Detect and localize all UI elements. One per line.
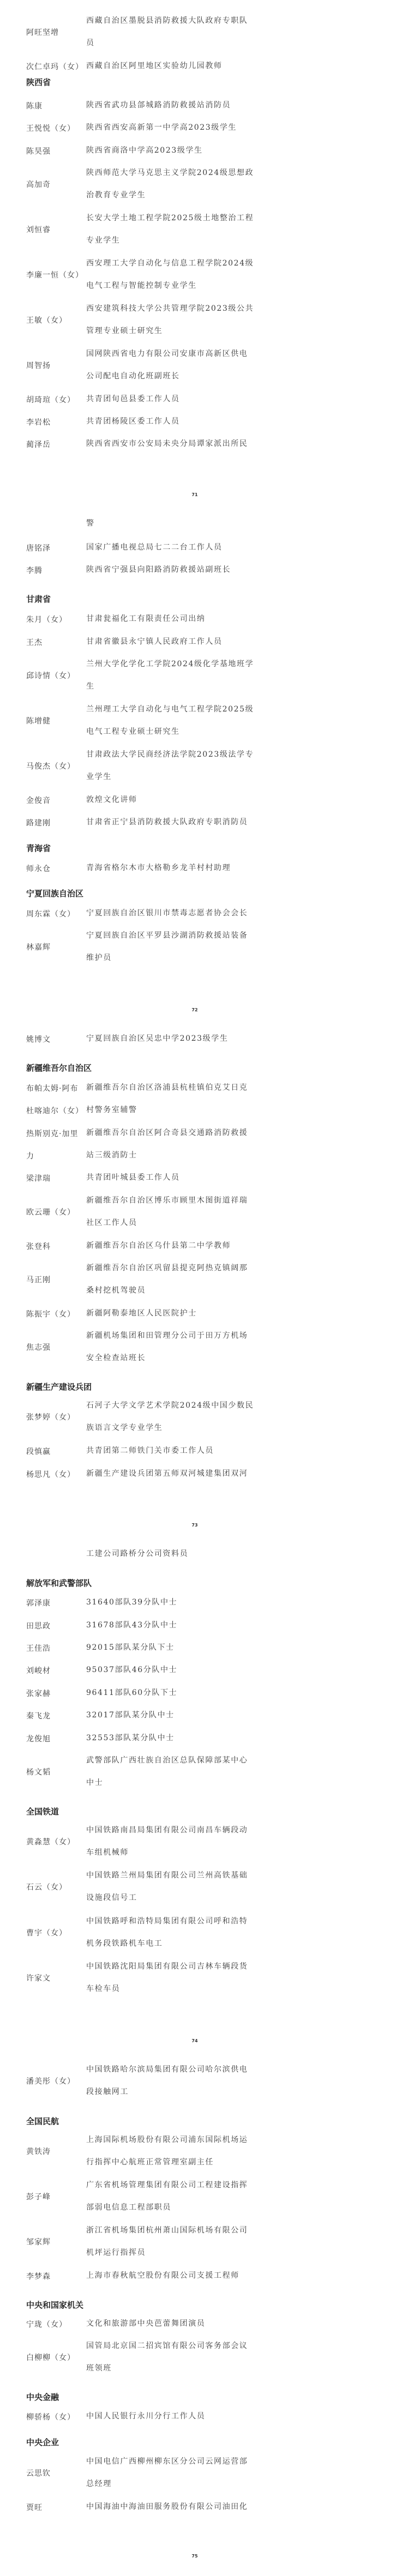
- person-name: 杨思凡（女）: [26, 1469, 75, 1480]
- person-affiliation: 广东省机场管理集团有限公司工程建设指挥部弱电信息工程部职员: [86, 2174, 250, 2219]
- affiliation-line: 桑村挖机驾驶员: [86, 1280, 250, 1302]
- affiliation-line: 安全检查站班长: [86, 1347, 250, 1370]
- section-heading: 中央企业: [26, 2436, 59, 2448]
- person-affiliation: 宁夏回族自治区平罗县沙湖消防救援站装备维护员: [86, 925, 250, 969]
- affiliation-line: 管理专业硕士研究生: [86, 320, 250, 342]
- person-affiliation: 陕西省西安高新第一中学高2023级学生: [86, 117, 250, 139]
- affiliation-line: 国管局北京国二招宾馆有限公司客务部会议: [86, 2335, 250, 2357]
- page-number: 75: [56, 2554, 334, 2559]
- affiliation-line: 共青团叶城县委工作人员: [86, 1167, 250, 1189]
- affiliation-line: 中国铁路呼和浩特局集团有限公司呼和浩特: [86, 1910, 250, 1933]
- person-affiliation: 宁夏回族自治区银川市禁毒志愿者协会会长: [86, 902, 250, 925]
- person-affiliation: 陕西师范大学马克思主义学院2024级思想政治教育专业学生: [86, 162, 250, 207]
- affiliation-line: 广东省机场管理集团有限公司工程建设指挥: [86, 2174, 250, 2197]
- affiliation-line: 甘肃政法大学民商经济法学院2023级法学专: [86, 744, 250, 766]
- affiliation-line: 专业学生: [86, 230, 250, 252]
- affiliation-line: 92015部队某分队下士: [86, 1637, 250, 1659]
- affiliation-line: 32553部队某分队中士: [86, 1727, 250, 1749]
- section-heading: 中央金融: [26, 2391, 59, 2403]
- person-affiliation: 文化和旅游部中央芭蕾舞团演员: [86, 2313, 250, 2335]
- section-heading: 全国铁道: [26, 1806, 59, 1817]
- section-heading: 宁夏回族自治区: [26, 888, 83, 899]
- affiliation-line: 新疆维吾尔自治区乌什县第二中学教师: [86, 1235, 250, 1257]
- person-affiliation: 西安建筑科技大学公共管理学院2023级公共管理专业硕士研究生: [86, 298, 250, 342]
- person-name: 胡琦瑄（女）: [26, 394, 75, 405]
- person-name: 邱诗情（女）: [26, 670, 75, 681]
- section-heading: 解放军和武警部队: [26, 1577, 92, 1589]
- person-name: 王悦悦（女）: [26, 123, 75, 134]
- person-name: 梁津瑞: [26, 1173, 51, 1184]
- affiliation-line: 警: [86, 512, 250, 535]
- affiliation-line: 新疆机场集团和田管理分公司于田万方机场: [86, 1325, 250, 1347]
- affiliation-line: 甘肃省徽县永宁镇人民政府工作人员: [86, 631, 250, 653]
- affiliation-line: 机坪运行指挥员: [86, 2242, 250, 2264]
- affiliation-line: 31640部队39分队中士: [86, 1591, 250, 1614]
- person-affiliation: 新疆阿勒泰地区人民医院护士: [86, 1302, 250, 1325]
- section-heading: 中央和国家机关: [26, 2299, 83, 2310]
- person-affiliation: 92015部队某分队下士: [86, 1637, 250, 1659]
- person-name: 郭泽康: [26, 1597, 51, 1608]
- person-name: 张登科: [26, 1241, 51, 1252]
- person-affiliation: 32017部队某分队中士: [86, 1704, 250, 1727]
- person-name: 王佳浩: [26, 1643, 51, 1654]
- affiliation-line: 行指挥中心航班正常管理室副主任: [86, 2151, 250, 2174]
- affiliation-line: 95037部队46分队中士: [86, 1659, 250, 1681]
- affiliation-line: 班领班: [86, 2357, 250, 2380]
- affiliation-line: 工建公司路桥分公司资料员: [86, 1543, 250, 1565]
- person-affiliation: 中国人民银行永川分行工作人员: [86, 2405, 250, 2428]
- affiliation-line: 上海国际机场股份有限公司浦东国际机场运: [86, 2129, 250, 2151]
- person-name: 段慎赢: [26, 1446, 51, 1457]
- affiliation-line: 维护员: [86, 947, 250, 969]
- affiliation-line: 中国海油中海油田服务股份有限公司油田化: [86, 2496, 250, 2518]
- affiliation-line: 宁夏回族自治区平罗县沙湖消防救援站装备: [86, 925, 250, 947]
- affiliation-line: 陕西省武功县郃城路消防救援站消防员: [86, 94, 250, 117]
- person-affiliation: 新疆维吾尔自治区博乐市顾里木图街道祥瑞社区工作人员: [86, 1190, 250, 1234]
- person-name: 邹家辉: [26, 2236, 51, 2247]
- person-name: 李廉一恒（女）: [26, 269, 83, 280]
- person-name: 李腾: [26, 565, 43, 576]
- person-name: 宁珑（女）: [26, 2319, 67, 2330]
- person-affiliation: 32553部队某分队中士: [86, 1727, 250, 1749]
- person-affiliation: 96411部队60分队下士: [86, 1682, 250, 1704]
- person-name: 柳骄杨（女）: [26, 2411, 75, 2422]
- affiliation-line: 公司配电自动化班副班长: [86, 365, 250, 388]
- person-name: 黄淼慧（女）: [26, 1836, 75, 1847]
- person-affiliation: 共青团旬邑县委工作人员: [86, 388, 250, 411]
- person-name: 周东霖（女）: [26, 908, 75, 919]
- person-affiliation: 浙江省机场集团杭州萧山国际机场有限公司机坪运行指挥员: [86, 2219, 250, 2264]
- affiliation-line: 站三级消防士: [86, 1144, 250, 1167]
- section-heading: 陕西省: [26, 76, 51, 88]
- person-affiliation: 甘肃政法大学民商经济法学院2023级法学专业学生: [86, 744, 250, 788]
- person-affiliation: 新疆维吾尔自治区阿合奇县交通路消防救援: [86, 1122, 250, 1144]
- person-name: 力: [26, 1150, 34, 1161]
- person-affiliation: 国管局北京国二招宾馆有限公司客务部会议班领班: [86, 2335, 250, 2380]
- person-name: 杜喀迪尔（女）: [26, 1105, 83, 1116]
- person-name: 李梦森: [26, 2271, 51, 2282]
- person-affiliation: 工建公司路桥分公司资料员: [86, 1543, 250, 1565]
- affiliation-line: 宁夏回族自治区银川市禁毒志愿者协会会长: [86, 902, 250, 925]
- person-affiliation: 共青团杨陵区委工作人员: [86, 411, 250, 433]
- affiliation-line: 共青团杨陵区委工作人员: [86, 411, 250, 433]
- affiliation-line: 生: [86, 675, 250, 698]
- person-name: 刘恒睿: [26, 224, 51, 235]
- person-name: 马正刚: [26, 1274, 51, 1285]
- person-affiliation: 甘肃省徽县永宁镇人民政府工作人员: [86, 631, 250, 653]
- person-affiliation: 新疆生产建设兵团第五师双河城建集团双河: [86, 1463, 250, 1485]
- person-name: 蔺泽岳: [26, 439, 51, 450]
- affiliation-line: 西藏自治区阿里地区实验幼儿园教师: [86, 55, 250, 77]
- affiliation-line: 国网陕西省电力有限公司安康市高新区供电: [86, 343, 250, 365]
- person-name: 王杰: [26, 637, 43, 648]
- affiliation-line: 电气工程与智能控制专业学生: [86, 275, 250, 297]
- person-name: 潘美彤（女）: [26, 2076, 75, 2086]
- affiliation-line: 员: [86, 32, 250, 55]
- affiliation-line: 设施段信号工: [86, 1887, 250, 1909]
- affiliation-line: 96411部队60分队下士: [86, 1682, 250, 1704]
- affiliation-line: 共青团旬邑县委工作人员: [86, 388, 250, 411]
- person-name: 白柳柳（女）: [26, 2352, 75, 2363]
- person-name: 李岩松: [26, 417, 51, 427]
- affiliation-line: 中国人民银行永川分行工作人员: [86, 2405, 250, 2428]
- affiliation-line: 甘肃省正宁县消防救援大队政府专职消防员: [86, 811, 250, 834]
- person-affiliation: 中国海油中海油田服务股份有限公司油田化: [86, 2496, 250, 2518]
- person-affiliation: 上海国际机场股份有限公司浦东国际机场运行指挥中心航班正常管理室副主任: [86, 2129, 250, 2174]
- person-affiliation: 中国铁路哈尔滨局集团有限公司哈尔滨供电段接触网工: [86, 2059, 250, 2103]
- person-affiliation: 兰州理工大学自动化与电气工程学院2025级电气工程专业硕士研究生: [86, 698, 250, 743]
- affiliation-line: 陕西师范大学马克思主义学院2024级思想政: [86, 162, 250, 184]
- affiliation-line: 中士: [86, 1772, 250, 1794]
- person-name: 热斯别克·加里: [26, 1128, 78, 1139]
- person-affiliation: 新疆维吾尔自治区乌什县第二中学教师: [86, 1235, 250, 1257]
- person-affiliation: 敦煌文化讲师: [86, 789, 250, 811]
- person-name: 林嘉辉: [26, 942, 51, 952]
- person-affiliation: 宁夏回族自治区吴忠中学2023级学生: [86, 1028, 250, 1050]
- affiliation-line: 村警务室辅警: [86, 1099, 250, 1121]
- person-affiliation: 新疆机场集团和田管理分公司于田万方机场安全检查站班长: [86, 1325, 250, 1370]
- affiliation-line: 新疆生产建设兵团第五师双河城建集团双河: [86, 1463, 250, 1485]
- person-affiliation: 警: [86, 512, 250, 535]
- person-affiliation: 西藏自治区阿里地区实验幼儿园教师: [86, 55, 250, 77]
- person-affiliation: 村警务室辅警: [86, 1099, 250, 1121]
- affiliation-line: 长安大学土地工程学院2025级土地整治工程: [86, 207, 250, 230]
- person-name: 黄铁涛: [26, 2146, 51, 2157]
- person-affiliation: 陕西省商洛中学高2023级学生: [86, 140, 250, 162]
- person-name: 王敏（女）: [26, 315, 67, 325]
- person-affiliation: 共青团叶城县委工作人员: [86, 1167, 250, 1189]
- affiliation-line: 石河子大学文学艺术学院2024级中国少数民: [86, 1395, 250, 1417]
- affiliation-line: 西安建筑科技大学公共管理学院2023级公共: [86, 298, 250, 320]
- affiliation-line: 兰州大学化学化工学院2024级化学基地班学: [86, 653, 250, 675]
- person-name: 陈康: [26, 100, 43, 111]
- affiliation-line: 新疆维吾尔自治区阿合奇县交通路消防救援: [86, 1122, 250, 1144]
- affiliation-line: 总经理: [86, 2473, 250, 2495]
- affiliation-line: 新疆阿勒泰地区人民医院护士: [86, 1302, 250, 1325]
- affiliation-line: 文化和旅游部中央芭蕾舞团演员: [86, 2313, 250, 2335]
- page-number: 74: [56, 2038, 334, 2043]
- affiliation-line: 中国铁路南昌局集团有限公司南昌车辆段动: [86, 1819, 250, 1842]
- person-name: 高加奇: [26, 179, 51, 190]
- person-affiliation: 陕西省西安市公安局未央分局谭家派出所民: [86, 433, 250, 455]
- page-number: 71: [56, 492, 334, 497]
- person-name: 曹宇（女）: [26, 1927, 67, 1938]
- person-affiliation: 31640部队39分队中士: [86, 1591, 250, 1614]
- affiliation-line: 中国铁路兰州局集团有限公司兰州高铁基础: [86, 1865, 250, 1887]
- affiliation-line: 族语言文学专业学生: [86, 1417, 250, 1439]
- person-name: 金俊音: [26, 795, 51, 806]
- person-name: 阿旺坚增: [26, 27, 59, 38]
- affiliation-line: 新疆维吾尔自治区洛浦县杭桂镇伯克艾日克: [86, 1077, 250, 1099]
- person-affiliation: 兰州大学化学化工学院2024级化学基地班学生: [86, 653, 250, 698]
- person-name: 师永仓: [26, 863, 51, 874]
- affiliation-line: 上海市春秋航空股份有限公司支援工程师: [86, 2265, 250, 2287]
- affiliation-line: 治教育专业学生: [86, 184, 250, 207]
- affiliation-line: 32017部队某分队中士: [86, 1704, 250, 1727]
- person-affiliation: 国网陕西省电力有限公司安康市高新区供电公司配电自动化班副班长: [86, 343, 250, 388]
- affiliation-line: 宁夏回族自治区吴忠中学2023级学生: [86, 1028, 250, 1050]
- person-name: 朱月（女）: [26, 614, 67, 625]
- person-affiliation: 甘肃瓮福化工有限责任公司出纳: [86, 608, 250, 630]
- person-affiliation: 西藏自治区墨脱县消防救援大队政府专职队员: [86, 10, 250, 55]
- person-name: 刘峻材: [26, 1665, 51, 1676]
- person-name: 云思钦: [26, 2468, 51, 2478]
- affiliation-line: 中国电信广西柳州柳东区分公司云网运营部: [86, 2451, 250, 2473]
- person-affiliation: 中国铁路南昌局集团有限公司南昌车辆段动车组机械师: [86, 1819, 250, 1864]
- affiliation-line: 段接触网工: [86, 2081, 250, 2103]
- section-heading: 青海省: [26, 842, 51, 854]
- affiliation-line: 新疆维吾尔自治区博乐市顾里木图街道祥瑞: [86, 1190, 250, 1212]
- person-name: 陈振宇（女）: [26, 1308, 75, 1319]
- person-affiliation: 国家广播电视总局七二二台工作人员: [86, 536, 250, 559]
- section-heading: 甘肃省: [26, 593, 51, 605]
- affiliation-line: 西安理工大学自动化与信息工程学院2024级: [86, 252, 250, 275]
- person-affiliation: 石河子大学文学艺术学院2024级中国少数民族语言文学专业学生: [86, 1395, 250, 1439]
- affiliation-line: 陕西省商洛中学高2023级学生: [86, 140, 250, 162]
- section-heading: 新疆维吾尔自治区: [26, 1062, 92, 1073]
- person-name: 彭子峰: [26, 2191, 51, 2202]
- person-name: 唐铭泽: [26, 542, 51, 553]
- person-name: 周智扬: [26, 360, 51, 371]
- affiliation-line: 青海省格尔木市大格勒乡龙羊村村助理: [86, 857, 250, 879]
- affiliation-line: 陕西省西安高新第一中学高2023级学生: [86, 117, 250, 139]
- affiliation-line: 业学生: [86, 766, 250, 788]
- person-affiliation: 中国铁路兰州局集团有限公司兰州高铁基础设施段信号工: [86, 1865, 250, 1909]
- person-affiliation: 中国铁路呼和浩特局集团有限公司呼和浩特机务段铁路机车电工: [86, 1910, 250, 1955]
- person-name: 秦飞龙: [26, 1710, 51, 1721]
- person-name: 陈增健: [26, 715, 51, 726]
- person-name: 姚博文: [26, 1034, 51, 1045]
- affiliation-line: 新疆维吾尔自治区巩留县提克阿热克镇阔那: [86, 1257, 250, 1280]
- affiliation-line: 中国铁路沈阳局集团有限公司吉林车辆段货: [86, 1956, 250, 1978]
- affiliation-line: 敦煌文化讲师: [86, 789, 250, 811]
- person-name: 次仁卓玛（女）: [26, 61, 83, 72]
- person-affiliation: 上海市春秋航空股份有限公司支援工程师: [86, 2265, 250, 2287]
- affiliation-line: 兰州理工大学自动化与电气工程学院2025级: [86, 698, 250, 721]
- person-affiliation: 长安大学土地工程学院2025级土地整治工程专业学生: [86, 207, 250, 252]
- affiliation-line: 共青团第二师铁门关市委工作人员: [86, 1440, 250, 1462]
- person-name: 田思政: [26, 1620, 51, 1631]
- person-affiliation: 武警部队广西壮族自治区总队保障部某中心中士: [86, 1749, 250, 1794]
- affiliation-line: 车组机械师: [86, 1842, 250, 1864]
- person-name: 许家文: [26, 1972, 51, 1983]
- page-number: 72: [56, 1008, 334, 1012]
- affiliation-line: 31678部队43分队中士: [86, 1614, 250, 1637]
- person-name: 布帕太姆·阿布: [26, 1083, 78, 1094]
- person-name: 欧云珊（女）: [26, 1206, 75, 1217]
- person-affiliation: 站三级消防士: [86, 1144, 250, 1167]
- person-name: 杨文韬: [26, 1766, 51, 1777]
- affiliation-line: 陕西省宁强县向阳路消防救援站副班长: [86, 559, 250, 581]
- affiliation-line: 武警部队广西壮族自治区总队保障部某中心: [86, 1749, 250, 1772]
- section-heading: 全国民航: [26, 2115, 59, 2127]
- affiliation-line: 浙江省机场集团杭州萧山国际机场有限公司: [86, 2219, 250, 2242]
- person-name: 张梦婷（女）: [26, 1411, 75, 1422]
- person-affiliation: 新疆维吾尔自治区巩留县提克阿热克镇阔那桑村挖机驾驶员: [86, 1257, 250, 1302]
- person-affiliation: 31678部队43分队中士: [86, 1614, 250, 1637]
- person-affiliation: 共青团第二师铁门关市委工作人员: [86, 1440, 250, 1462]
- affiliation-line: 西藏自治区墨脱县消防救援大队政府专职队: [86, 10, 250, 32]
- affiliation-line: 陕西省西安市公安局未央分局谭家派出所民: [86, 433, 250, 455]
- person-affiliation: 陕西省宁强县向阳路消防救援站副班长: [86, 559, 250, 581]
- person-name: 焦志强: [26, 1342, 51, 1353]
- person-name: 龙俊旭: [26, 1733, 51, 1744]
- person-name: 马俊杰（女）: [26, 761, 75, 771]
- affiliation-line: 甘肃瓮福化工有限责任公司出纳: [86, 608, 250, 630]
- affiliation-line: 国家广播电视总局七二二台工作人员: [86, 536, 250, 559]
- person-affiliation: 西安理工大学自动化与信息工程学院2024级电气工程与智能控制专业学生: [86, 252, 250, 297]
- section-heading: 新疆生产建设兵团: [26, 1381, 92, 1392]
- person-name: 张家赫: [26, 1688, 51, 1699]
- affiliation-line: 电气工程专业硕士研究生: [86, 721, 250, 743]
- person-name: 陈昊强: [26, 146, 51, 156]
- person-affiliation: 陕西省武功县郃城路消防救援站消防员: [86, 94, 250, 117]
- affiliation-line: 社区工作人员: [86, 1212, 250, 1234]
- person-affiliation: 甘肃省正宁县消防救援大队政府专职消防员: [86, 811, 250, 834]
- person-name: 贾旺: [26, 2502, 43, 2513]
- person-affiliation: 青海省格尔木市大格勒乡龙羊村村助理: [86, 857, 250, 879]
- person-affiliation: 新疆维吾尔自治区洛浦县杭桂镇伯克艾日克: [86, 1077, 250, 1099]
- affiliation-line: 中国铁路哈尔滨局集团有限公司哈尔滨供电: [86, 2059, 250, 2081]
- person-affiliation: 中国铁路沈阳局集团有限公司吉林车辆段货车检车员: [86, 1956, 250, 2000]
- affiliation-line: 车检车员: [86, 1978, 250, 2000]
- affiliation-line: 机务段铁路机车电工: [86, 1933, 250, 1955]
- affiliation-line: 部弱电信息工程部职员: [86, 2197, 250, 2219]
- person-name: 石云（女）: [26, 1881, 67, 1892]
- person-affiliation: 中国电信广西柳州柳东区分公司云网运营部总经理: [86, 2451, 250, 2495]
- person-affiliation: 95037部队46分队中士: [86, 1659, 250, 1681]
- person-name: 路建刚: [26, 817, 51, 828]
- page-number: 73: [56, 1523, 334, 1528]
